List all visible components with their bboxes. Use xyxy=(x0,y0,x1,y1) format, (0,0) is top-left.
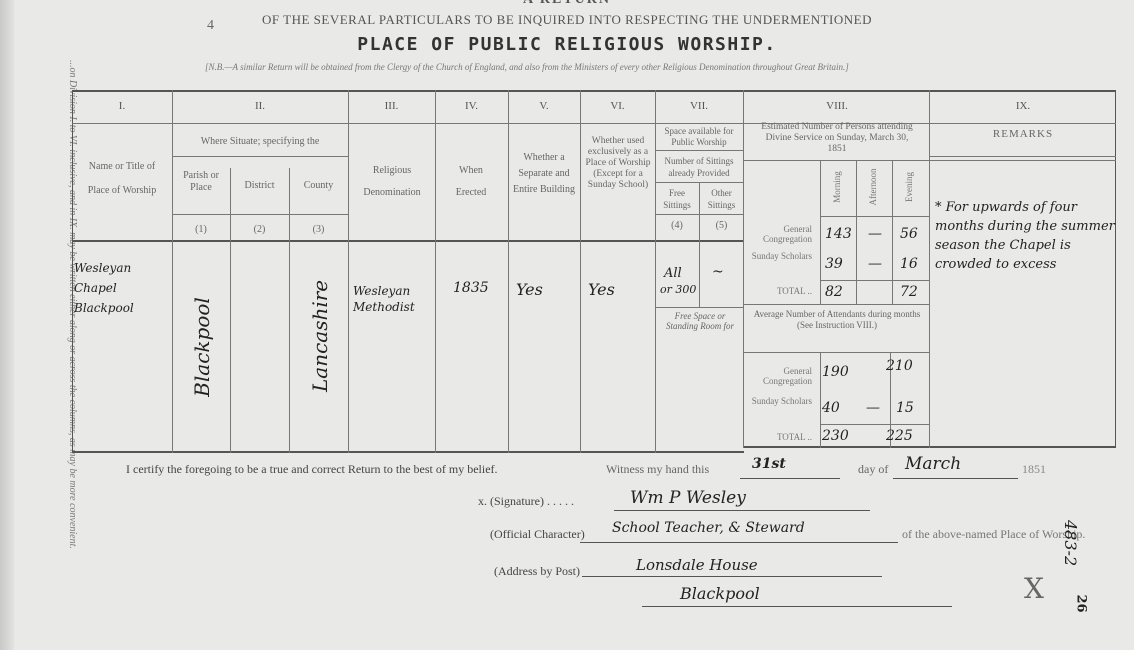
col-vii-label: Space available for Public Worship xyxy=(655,126,743,148)
col-ii-label: Where Situate; specifying the xyxy=(172,136,348,148)
page-edge-shadow xyxy=(0,0,14,650)
col-ix-numeral: IX. xyxy=(930,100,1116,112)
corner-mark: 4 xyxy=(207,18,214,34)
col-iv-numeral: IV. xyxy=(435,100,508,112)
attend-total-evening: 72 xyxy=(900,284,918,300)
col-vii-other-label: Other Sittings xyxy=(700,187,743,211)
entry-free-sittings: All xyxy=(664,266,682,281)
row-border xyxy=(744,304,930,305)
archive-reference: 483-2 xyxy=(1061,520,1080,566)
avg-sunday-scholars-label: Sunday Scholars xyxy=(748,396,812,406)
side-instruction-note: ...on Division I. to VI. inclusive, and … xyxy=(62,60,78,620)
certify-statement: I certify the foregoing to be a true and… xyxy=(126,462,498,477)
address-underline1 xyxy=(582,576,882,577)
col-divider xyxy=(348,90,349,453)
row-border xyxy=(820,216,930,217)
row-border xyxy=(655,150,743,151)
col-divider xyxy=(508,90,509,453)
col-divider xyxy=(743,90,744,448)
page-number: 26 xyxy=(1074,594,1089,612)
attend-scholars-morning: 39 xyxy=(825,256,843,272)
avg-scholars-morning: 40 xyxy=(822,400,840,416)
numeral-row-border xyxy=(72,123,1116,124)
col-viii-numeral: VIII. xyxy=(744,100,930,112)
col-vii-free-label: Free Sittings xyxy=(656,187,698,211)
avg-scholars-evening: 15 xyxy=(896,400,914,416)
row-border xyxy=(655,214,743,215)
row-sunday-scholars-label: Sunday Scholars xyxy=(748,251,812,261)
row-total-label: TOTAL .. xyxy=(748,286,812,296)
official-character-value: School Teacher, & Steward xyxy=(612,520,805,536)
attend-total-morning: 82 xyxy=(825,284,843,300)
day-of-label: day of xyxy=(858,462,888,477)
attend-general-morning: 143 xyxy=(825,226,852,242)
cross-mark: X xyxy=(1024,572,1044,605)
col-divider xyxy=(856,160,857,304)
col-v-label: Whether a Separate and Entire Building xyxy=(512,150,576,198)
entry-other-sittings: ~ xyxy=(712,264,724,280)
col-ii-county-label: County xyxy=(289,180,348,192)
avg-scholars-afternoon: — xyxy=(866,400,880,416)
table-top-border xyxy=(72,90,1116,92)
col-viii-morning: Morning xyxy=(832,162,842,212)
entry-exclusive: Yes xyxy=(588,280,615,299)
witness-label: Witness my hand this xyxy=(606,462,709,477)
row-border xyxy=(655,182,743,183)
avg-general-morning: 190 xyxy=(822,364,849,380)
attend-general-afternoon: — xyxy=(868,226,882,242)
entry-county: Lancashire xyxy=(308,292,332,392)
col-viii-evening: Evening xyxy=(904,162,914,212)
table-left-border xyxy=(72,90,73,453)
col-i-numeral: I. xyxy=(72,100,172,112)
col-i-label: Name or Title of Place of Worship xyxy=(82,155,162,203)
avg-general-evening: 210 xyxy=(886,358,913,374)
entry-free-sittings-note: or 300 xyxy=(660,283,696,296)
entry-parish: Blackpool xyxy=(190,297,214,397)
address-line2: Blackpool xyxy=(680,584,760,603)
table-bottom-border-right xyxy=(744,446,1116,448)
col-divider xyxy=(820,352,821,448)
col-ix-label: REMARKS xyxy=(930,128,1116,140)
row-border xyxy=(744,160,1116,161)
col-ii-num2: (2) xyxy=(230,224,289,236)
col-vii-num5: (5) xyxy=(700,220,743,232)
col-viii-average-label: Average Number of Attendants during mont… xyxy=(750,309,924,331)
col-ii-num3: (3) xyxy=(289,224,348,236)
official-character-label: (Official Character) xyxy=(490,527,585,542)
col-divider xyxy=(435,90,436,453)
form-title-line1: A RETURN xyxy=(0,0,1134,8)
row-border xyxy=(744,352,930,353)
form-title-line2: OF THE SEVERAL PARTICULARS TO BE INQUIRE… xyxy=(0,12,1134,28)
witness-month: March xyxy=(905,454,961,474)
signature-value: Wm P Wesley xyxy=(630,488,746,508)
entry-separate: Yes xyxy=(516,280,543,299)
signature-label: x. (Signature) . . . . . xyxy=(478,494,574,509)
col-divider xyxy=(820,160,821,304)
avg-total-morning: 230 xyxy=(822,428,849,444)
month-underline xyxy=(893,478,1018,479)
col-divider xyxy=(892,160,893,304)
col-ii-num1: (1) xyxy=(172,224,230,236)
witness-year: 1851 xyxy=(1022,462,1046,477)
entry-remarks: * For upwards of four months during the … xyxy=(935,198,1115,274)
entry-name: Wesleyan Chapel Blackpool xyxy=(74,258,174,318)
avg-general-congregation-label: General Congregation xyxy=(748,366,812,386)
col-vii-num4: (4) xyxy=(656,220,698,232)
form-note: [N.B.—A similar Return will be obtained … xyxy=(205,62,849,72)
col-divider xyxy=(929,90,930,448)
avg-total-label: TOTAL .. xyxy=(748,432,812,442)
col-viii-label: Estimated Number of Persons attending Di… xyxy=(756,122,918,155)
day-underline xyxy=(740,478,840,479)
entry-denomination: Wesleyan Methodist xyxy=(353,283,433,315)
col-iii-label: Religious Denomination xyxy=(352,160,432,204)
col-vii-free-space-label: Free Space or Standing Room for xyxy=(658,311,742,331)
row-border xyxy=(172,156,348,157)
col-ii-parish-label: Parish or Place xyxy=(176,170,226,194)
col-vii-numeral: VII. xyxy=(655,100,743,112)
row-border xyxy=(172,214,348,215)
row-general-congregation-label: General Congregation xyxy=(748,224,812,244)
col-divider xyxy=(230,168,231,453)
official-underline xyxy=(580,542,898,543)
col-v-numeral: V. xyxy=(508,100,580,112)
official-character-suffix: of the above-named Place of Worship. xyxy=(902,527,1085,542)
address-underline2 xyxy=(642,606,952,607)
col-iii-numeral: III. xyxy=(348,100,435,112)
entry-erected: 1835 xyxy=(453,280,489,296)
signature-underline xyxy=(614,510,870,511)
attend-scholars-evening: 16 xyxy=(900,256,918,272)
row-border xyxy=(655,307,743,308)
col-iv-label: When Erected xyxy=(445,160,497,204)
remarks-header-border xyxy=(930,156,1116,157)
table-right-border xyxy=(1115,90,1116,448)
avg-total-evening: 225 xyxy=(886,428,913,444)
witness-day: 31st xyxy=(752,456,786,472)
col-divider xyxy=(580,90,581,453)
row-border xyxy=(820,280,930,281)
col-ii-district-label: District xyxy=(230,180,289,192)
col-vi-label: Whether used exclusively as a Place of W… xyxy=(582,136,654,191)
attend-scholars-afternoon: — xyxy=(868,256,882,272)
col-viii-afternoon: Afternoon xyxy=(868,162,878,212)
col-divider xyxy=(289,168,290,453)
col-ii-numeral: II. xyxy=(172,100,348,112)
form-title-main: PLACE OF PUBLIC RELIGIOUS WORSHIP. xyxy=(0,34,1134,55)
attend-general-evening: 56 xyxy=(900,226,918,242)
address-label: (Address by Post) xyxy=(494,564,580,579)
col-vi-numeral: VI. xyxy=(580,100,655,112)
address-line1: Lonsdale House xyxy=(636,556,758,574)
row-border xyxy=(820,424,930,425)
col-vii-sub-label: Number of Sittings already Provided xyxy=(655,155,743,179)
